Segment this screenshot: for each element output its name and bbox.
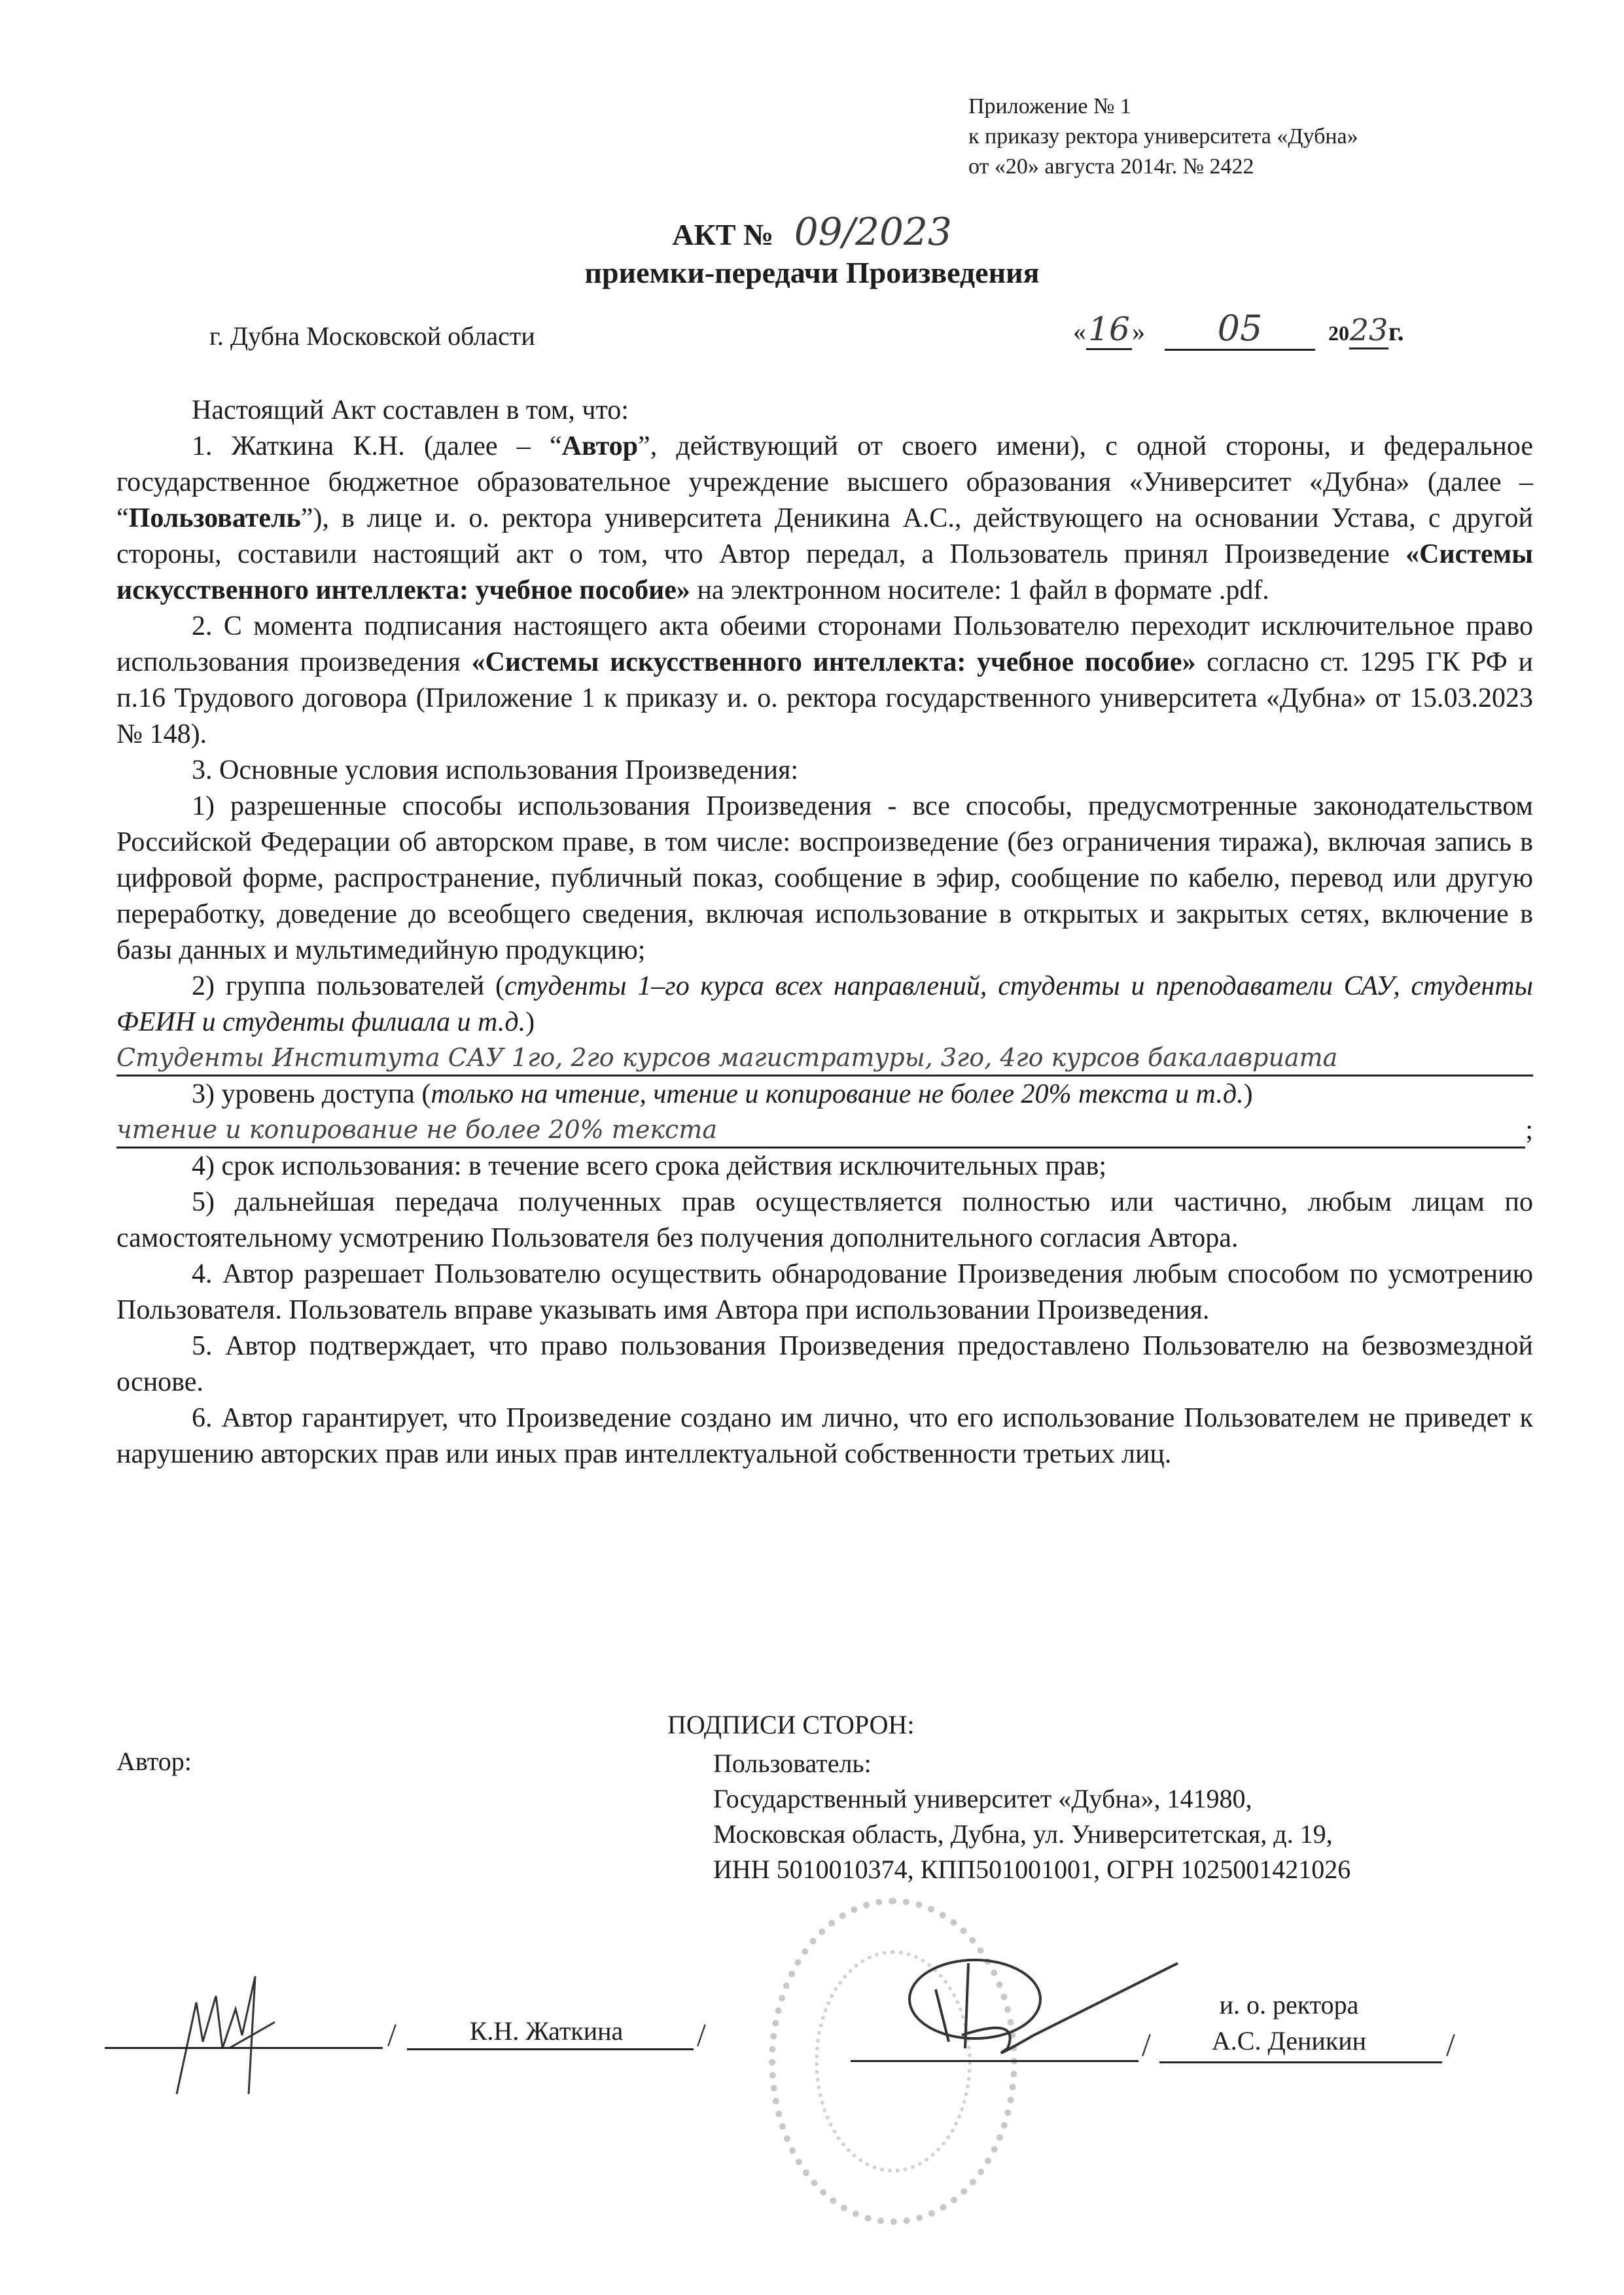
- act-title: АКТ № 09/2023: [0, 209, 1624, 254]
- slash-4: /: [1446, 2025, 1455, 2063]
- p1-text-c: ”), в лице и. о. ректора университета Де…: [116, 503, 1533, 569]
- date: «16» 05 2023г.: [1073, 308, 1404, 351]
- rector-name-line: [1159, 2061, 1442, 2063]
- paragraph-1: 1. Жаткина К.Н. (далее – “Автор”, действ…: [116, 429, 1533, 609]
- access-level-end: ;: [1525, 1112, 1533, 1148]
- rector-position: и. о. ректора: [1158, 1989, 1420, 2020]
- p2-work-title: «Системы искусственного интеллекта: учеб…: [472, 647, 1196, 677]
- rector-name: А.С. Деникин: [1158, 2025, 1420, 2056]
- place: г. Дубна Московской области: [209, 321, 535, 351]
- user-label: Пользователь:: [713, 1746, 1350, 1781]
- signatures-heading: ПОДПИСИ СТОРОН:: [667, 1709, 915, 1740]
- act-subtitle: приемки-передачи Произведения: [0, 255, 1624, 290]
- date-year-unit: г.: [1388, 317, 1404, 346]
- p1-text-d: на электронном носителе: 1 файл в формат…: [690, 575, 1269, 605]
- user-details: Пользователь: Государственный университе…: [713, 1746, 1350, 1887]
- paragraph-3: 3. Основные условия использования Произв…: [116, 753, 1533, 789]
- p3-3-text-a: 3) уровень доступа (: [192, 1079, 431, 1109]
- access-level-row: чтение и копирование не более 20% текста…: [116, 1112, 1533, 1148]
- intro-paragraph: Настоящий Акт составлен в том, что:: [116, 393, 1533, 429]
- appendix-line-3: от «20» августа 2014г. № 2422: [968, 152, 1358, 182]
- date-month: 05: [1165, 308, 1315, 351]
- act-number-handwritten: 09/2023: [794, 209, 952, 254]
- paragraph-3-4: 4) срок использования: в течение всего с…: [116, 1148, 1533, 1184]
- user-group-handwritten: Студенты Института САУ 1го, 2го курсов м…: [116, 1041, 1533, 1076]
- user-detail-line-1: Государственный университет «Дубна», 141…: [713, 1781, 1350, 1817]
- p1-author-term: Автор: [562, 431, 638, 461]
- appendix-header: Приложение № 1 к приказу ректора универс…: [968, 92, 1358, 182]
- paragraph-5: 5. Автор подтверждает, что право пользов…: [116, 1328, 1533, 1400]
- p3-2-text-a: 2) группа пользователей (: [192, 971, 504, 1001]
- date-year-prefix: 20: [1328, 321, 1349, 345]
- paragraph-6: 6. Автор гарантирует, что Произведение с…: [116, 1400, 1533, 1472]
- paragraph-4: 4. Автор разрешает Пользователю осуществ…: [116, 1256, 1533, 1328]
- p3-3-text-b: ): [1244, 1079, 1253, 1109]
- paragraph-3-3: 3) уровень доступа (только на чтение, чт…: [116, 1076, 1533, 1112]
- author-name: К.Н. Жаткина: [406, 2016, 687, 2046]
- author-signature-icon: [150, 1963, 281, 2120]
- author-name-line: [407, 2048, 694, 2050]
- date-quote-close: »: [1132, 317, 1145, 346]
- slash-3: /: [1142, 2025, 1151, 2063]
- p3-2-text-b: ): [525, 1007, 535, 1037]
- date-quote-open: «: [1073, 317, 1086, 346]
- appendix-line-1: Приложение № 1: [968, 92, 1358, 122]
- p3-3-hint: только на чтение, чтение и копирование н…: [431, 1079, 1243, 1109]
- user-detail-line-2: Московская область, Дубна, ул. Университ…: [713, 1817, 1350, 1852]
- user-detail-line-3: ИНН 5010010374, КПП501001001, ОГРН 10250…: [713, 1852, 1350, 1887]
- slash-1: /: [387, 2016, 397, 2054]
- p1-text-a: 1. Жаткина К.Н. (далее – “: [192, 431, 562, 461]
- rector-signature-line: [851, 2060, 1139, 2062]
- p1-user-term: Пользователь: [129, 503, 301, 533]
- paragraph-3-5: 5) дальнейшая передача полученных прав о…: [116, 1184, 1533, 1256]
- access-level-handwritten: чтение и копирование не более 20% текста: [116, 1112, 1525, 1148]
- date-day: 16: [1086, 310, 1132, 350]
- author-signature-line: [105, 2047, 383, 2049]
- appendix-line-2: к приказу ректора университета «Дубна»: [968, 122, 1358, 152]
- author-label: Автор:: [116, 1746, 192, 1777]
- paragraph-3-2: 2) группа пользователей (студенты 1–го к…: [116, 969, 1533, 1041]
- slash-2: /: [697, 2016, 706, 2054]
- date-year-suffix: 23: [1349, 312, 1388, 349]
- act-label: АКТ №: [672, 218, 773, 251]
- paragraph-3-1: 1) разрешенные способы использования Про…: [116, 789, 1533, 969]
- paragraph-2: 2. С момента подписания настоящего акта …: [116, 609, 1533, 753]
- document-body: Настоящий Акт составлен в том, что: 1. Ж…: [116, 393, 1533, 1472]
